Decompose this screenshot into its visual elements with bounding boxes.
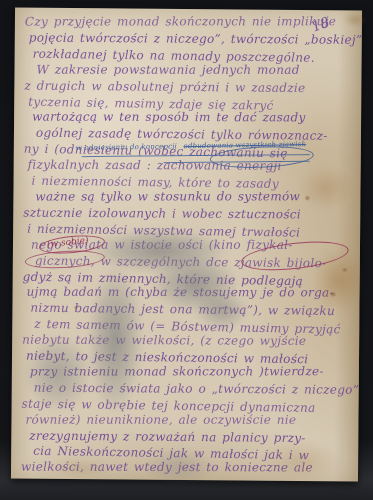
manuscript-line: Czy przyjęcie monad skończonych nie impl… (25, 14, 358, 30)
ink-blot-faint (143, 448, 213, 485)
foxing-spot (74, 306, 77, 309)
paper-stain (298, 165, 353, 210)
ink-blot (194, 290, 249, 330)
paper-stain (312, 248, 363, 313)
manuscript-line: sztucznie izolowanych i wobec sztucznośc… (23, 205, 356, 223)
paper-stain (51, 458, 111, 479)
paper-stain (343, 12, 367, 27)
foxing-spot (343, 268, 347, 271)
foxing-spot (331, 292, 336, 296)
foxing-spot (305, 196, 309, 200)
manuscript-line: W zakresie powstawania jednych monad (25, 62, 358, 78)
manuscript-line: pojęcia twórczości z niczego”, twórczośc… (25, 30, 358, 48)
manuscript-photo: Czy przyjęcie monad skończonych nie impl… (0, 0, 373, 500)
manuscript-line: z drugich w absolutnej próżni i w zasadz… (24, 78, 357, 97)
manuscript-line: również) nieuniknione, ale oczywiście ni… (21, 412, 354, 428)
paper-stain (259, 440, 344, 483)
manuscript-line: wartożącą w ten sposób im te dać zasady (24, 110, 357, 127)
paper-page: Czy przyjęcie monad skończonych nie impl… (11, 7, 362, 481)
ink-blot-streak (87, 264, 144, 414)
